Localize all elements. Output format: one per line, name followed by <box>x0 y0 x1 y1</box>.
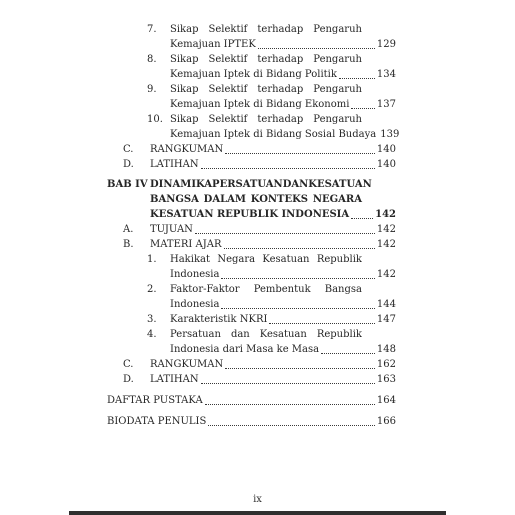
toc-section-row: C.RANGKUMAN162 <box>0 357 515 372</box>
toc-entry-title-line: Faktor-FaktorPembentukBangsa <box>170 282 362 297</box>
toc-entry-title-line: SikapSelektifterhadapPengaruh <box>170 112 362 127</box>
toc-entry-title: BIODATA PENULIS <box>107 414 207 429</box>
toc-entry-title-line: SikapSelektifterhadapPengaruh <box>170 82 362 97</box>
toc-entry-link[interactable]: MATERI AJAR142 <box>150 237 396 252</box>
toc-entry-title: LATIHAN <box>150 372 200 387</box>
toc-section-row: A.TUJUAN142 <box>0 222 515 237</box>
toc-page-number: 142 <box>375 207 396 222</box>
toc-entry-link[interactable]: LATIHAN163 <box>150 372 396 387</box>
toc-entry-link[interactable]: Indonesia142 <box>170 267 396 282</box>
dot-leader <box>225 152 375 154</box>
dot-leader <box>225 367 375 369</box>
toc-entry-row: Indonesia142 <box>0 267 515 282</box>
dot-leader <box>339 77 375 79</box>
toc-entry-link[interactable]: DAFTAR PUSTAKA164 <box>107 393 396 408</box>
toc-entry-title: Indonesia dari Masa ke Masa <box>170 342 320 357</box>
toc-entry-title: DAFTAR PUSTAKA <box>107 393 204 408</box>
toc-entry-title: MATERI AJAR <box>150 237 223 252</box>
toc-entry-link[interactable]: LATIHAN140 <box>150 157 396 172</box>
toc-entry-link[interactable]: Indonesia dari Masa ke Masa148 <box>170 342 396 357</box>
toc-entry-link[interactable]: Karakteristik NKRI147 <box>170 312 396 327</box>
toc-page-number: 164 <box>377 393 396 408</box>
toc-page-number: 142 <box>377 237 396 252</box>
toc-entry-link[interactable]: Kemajuan Iptek di Bidang Ekonomi137 <box>170 97 396 112</box>
toc-entry-title-line: SikapSelektifterhadapPengaruh <box>170 52 362 67</box>
toc-page-number: 129 <box>377 37 396 52</box>
chapter-heading-row: BANGSADALAMKONTEKSNEGARA <box>0 192 515 207</box>
dot-leader <box>224 247 375 249</box>
chapter-heading-row: KESATUAN REPUBLIK INDONESIA142 <box>0 207 515 222</box>
toc-entry-title: RANGKUMAN <box>150 357 224 372</box>
toc-page-number: 142 <box>377 222 396 237</box>
toc-page-number: 166 <box>377 414 396 429</box>
toc-page-number: 163 <box>377 372 396 387</box>
toc-entry-row: Kemajuan Iptek di Bidang Ekonomi137 <box>0 97 515 112</box>
chapter-heading-row: BAB IVDINAMIKAPERSATUANDANKESATUAN <box>0 177 515 192</box>
toc-entry-number: 10. <box>147 112 163 127</box>
toc-page-number: 140 <box>377 142 396 157</box>
toc-entry-number: 3. <box>147 312 157 327</box>
toc-entry-row: 1.HakikatNegaraKesatuanRepublik <box>0 252 515 267</box>
toc-page-number: 134 <box>377 67 396 82</box>
toc-entry-title-line: BANGSADALAMKONTEKSNEGARA <box>150 192 362 207</box>
toc-entry-number: C. <box>123 357 133 372</box>
toc-entry-number: 4. <box>147 327 157 342</box>
toc-entry-row: 2.Faktor-FaktorPembentukBangsa <box>0 282 515 297</box>
toc-entry-number: 8. <box>147 52 157 67</box>
toc-entry-link[interactable]: TUJUAN142 <box>150 222 396 237</box>
toc-entry-title-line: HakikatNegaraKesatuanRepublik <box>170 252 362 267</box>
toc-entry-number: 9. <box>147 82 157 97</box>
toc-entry-row: 7.SikapSelektifterhadapPengaruh <box>0 22 515 37</box>
table-of-contents: 7.SikapSelektifterhadapPengaruhKemajuan … <box>0 0 515 515</box>
toc-entry-title-line: SikapSelektifterhadapPengaruh <box>170 22 362 37</box>
toc-page-number: 139 <box>380 127 399 142</box>
toc-page-number: 147 <box>377 312 396 327</box>
toc-entry-link[interactable]: RANGKUMAN140 <box>150 142 396 157</box>
chapter-label: BAB IV <box>107 177 148 192</box>
toc-entry-number: 2. <box>147 282 157 297</box>
toc-entry-number: A. <box>123 222 133 237</box>
dot-leader <box>195 232 375 234</box>
toc-back-matter-row: DAFTAR PUSTAKA164 <box>0 393 515 408</box>
toc-entry-number: C. <box>123 142 133 157</box>
toc-entry-link[interactable]: Indonesia144 <box>170 297 396 312</box>
toc-section-row: B.MATERI AJAR142 <box>0 237 515 252</box>
toc-entry-number: 7. <box>147 22 157 37</box>
toc-entry-link[interactable]: BIODATA PENULIS166 <box>107 414 396 429</box>
toc-entry-row: 10.SikapSelektifterhadapPengaruh <box>0 112 515 127</box>
dot-leader <box>201 167 375 169</box>
toc-entry-title: Karakteristik NKRI <box>170 312 268 327</box>
toc-entry-number: D. <box>123 372 134 387</box>
toc-entry-row: Kemajuan Iptek di Bidang Politik134 <box>0 67 515 82</box>
toc-entry-row: 4.PersatuandanKesatuanRepublik <box>0 327 515 342</box>
toc-entry-title: Indonesia <box>170 297 220 312</box>
toc-page-number: 162 <box>377 357 396 372</box>
toc-entry-row: Indonesia144 <box>0 297 515 312</box>
toc-section-row: D.LATIHAN140 <box>0 157 515 172</box>
toc-section-row: C.RANGKUMAN140 <box>0 142 515 157</box>
toc-page-number: 137 <box>377 97 396 112</box>
toc-entry-row: 8.SikapSelektifterhadapPengaruh <box>0 52 515 67</box>
toc-entry-link[interactable]: Kemajuan Iptek di Bidang Sosial Budaya13… <box>170 127 396 142</box>
toc-entry-title: Kemajuan IPTEK <box>170 37 257 52</box>
toc-entry-link[interactable]: Kemajuan Iptek di Bidang Politik134 <box>170 67 396 82</box>
toc-entry-title: Indonesia <box>170 267 220 282</box>
dot-leader <box>201 382 375 384</box>
toc-entry-link[interactable]: KESATUAN REPUBLIK INDONESIA142 <box>150 207 396 222</box>
toc-entry-title-line: PersatuandanKesatuanRepublik <box>170 327 362 342</box>
dot-leader <box>205 403 375 405</box>
toc-entry-number: D. <box>123 157 134 172</box>
toc-entry-title: Kemajuan Iptek di Bidang Politik <box>170 67 338 82</box>
toc-entry-row: 9.SikapSelektifterhadapPengaruh <box>0 82 515 97</box>
toc-entry-row: Kemajuan IPTEK129 <box>0 37 515 52</box>
toc-page-number: 142 <box>377 267 396 282</box>
toc-entry-link[interactable]: RANGKUMAN162 <box>150 357 396 372</box>
toc-entry-number: 1. <box>147 252 157 267</box>
toc-section-row: D.LATIHAN163 <box>0 372 515 387</box>
dot-leader <box>221 277 374 279</box>
toc-entry-link[interactable]: Kemajuan IPTEK129 <box>170 37 396 52</box>
toc-entry-title: Kemajuan Iptek di Bidang Ekonomi <box>170 97 350 112</box>
dot-leader <box>321 352 375 354</box>
dot-leader <box>221 307 374 309</box>
toc-entry-title: TUJUAN <box>150 222 194 237</box>
toc-page-number: 140 <box>377 157 396 172</box>
toc-back-matter-row: BIODATA PENULIS166 <box>0 414 515 429</box>
toc-entry-title: LATIHAN <box>150 157 200 172</box>
toc-entry-number: B. <box>123 237 134 252</box>
toc-entry-title-line: DINAMIKAPERSATUANDANKESATUAN <box>150 177 362 192</box>
toc-entry-row: Indonesia dari Masa ke Masa148 <box>0 342 515 357</box>
dot-leader <box>258 47 375 49</box>
page-number: ix <box>0 493 515 507</box>
toc-page-number: 148 <box>377 342 396 357</box>
toc-entry-title: RANGKUMAN <box>150 142 224 157</box>
toc-entry-title: Kemajuan Iptek di Bidang Sosial Budaya <box>170 127 377 142</box>
dot-leader <box>208 424 375 426</box>
dot-leader <box>269 322 374 324</box>
toc-page-number: 144 <box>377 297 396 312</box>
dot-leader <box>351 217 373 219</box>
toc-entry-row: Kemajuan Iptek di Bidang Sosial Budaya13… <box>0 127 515 142</box>
dot-leader <box>351 107 374 109</box>
page-bottom-edge <box>69 511 446 515</box>
toc-entry-row: 3.Karakteristik NKRI147 <box>0 312 515 327</box>
toc-entry-title: KESATUAN REPUBLIK INDONESIA <box>150 207 350 222</box>
